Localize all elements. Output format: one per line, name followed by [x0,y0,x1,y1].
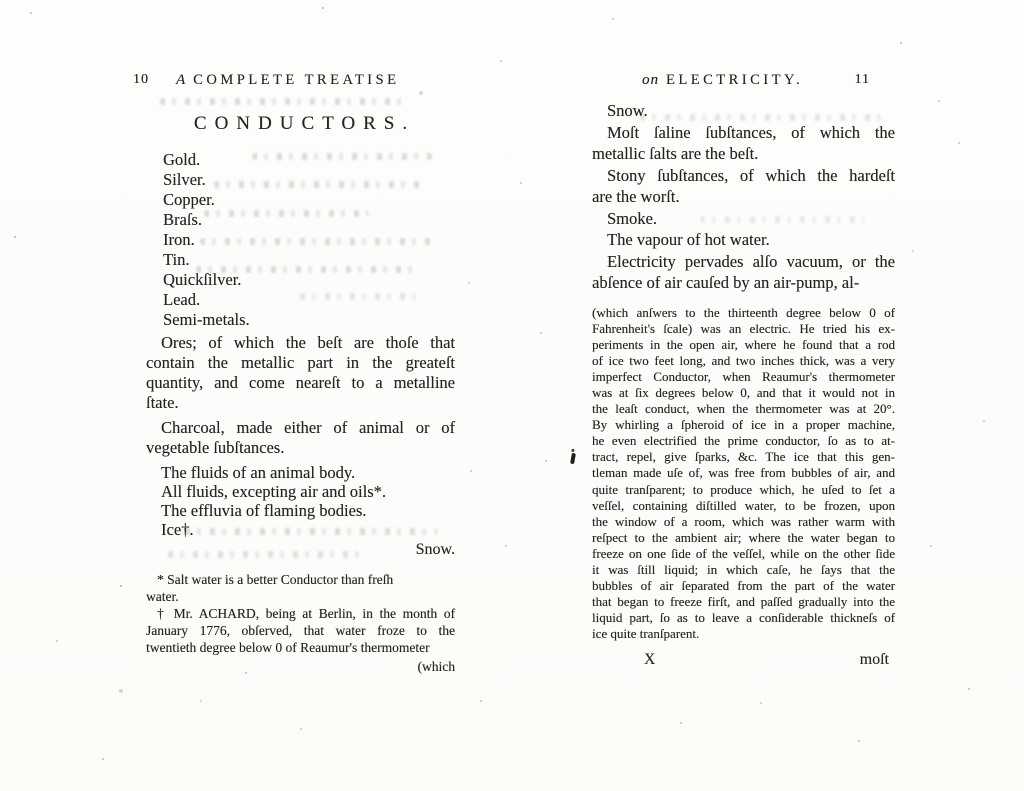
right-page-body: Snow. Moſt ſaline ſubſtances, of which t… [592,100,895,294]
text-line: Charcoal, made either of animal or of [146,418,455,438]
text-line: the window of a room, which was rather w… [592,514,895,530]
paragraph-ores: Ores; of which the beſt are thoſe thatco… [146,333,455,413]
text-line: periments in the open air, where he foun… [592,337,895,353]
text-line: All fluids, excepting air and oils*. [146,482,455,501]
text-line: quite tranſparent; to produce which, he … [592,482,895,498]
text-line: bubbles of air ſeparated from the part o… [592,578,895,594]
text-line: Smoke. [592,208,895,230]
text-line: he even electrified the prime conductor,… [592,433,895,449]
text-line: Quickſilver. [163,270,455,290]
book-scan: 10 ACOMPLETE TREATISE CONDUCTORS. Gold.S… [0,0,1024,791]
text-line: Snow. [592,100,895,122]
text-line: Ice†. [146,520,455,539]
text-line: water. [146,588,455,605]
text-line: ſtate. [146,393,455,413]
text-line: imperfect Conductor, when Reaumur's ther… [592,369,895,385]
text-line: Ores; of which the beſt are thoſe that [146,333,455,353]
text-line: that began to freeze firſt, and paſſed g… [592,594,895,610]
paragraph-fluids-list: The fluids of an animal body.All fluids,… [146,463,455,539]
conductors-list: Gold.Silver.Copper.Braſs.Iron.Tin.Quickſ… [146,150,455,330]
text-line: Lead. [163,290,455,310]
paragraph-saline: Moſt ſaline ſubſtances, of which themeta… [592,122,895,165]
section-heading: CONDUCTORS. [146,113,455,135]
text-line: (which anſwers to the thirteenth degree … [592,305,895,321]
running-title-prefix: A [176,72,186,88]
text-line: Copper. [163,190,455,210]
signature-mark: X [592,651,655,669]
right-page-number: 11 [855,70,870,90]
text-line: twentieth degree below 0 of Reaumur's th… [146,639,455,656]
right-running-title: onELECTRICITY. [642,70,803,90]
text-line: Electricity pervades alſo vacuum, or the [592,251,895,273]
text-line: Semi-metals. [163,310,455,330]
paragraph-snow: Snow. [592,100,895,122]
paragraph-vapour: The vapour of hot water. [592,229,895,251]
running-title-main: COMPLETE TREATISE [193,72,399,88]
text-line: ice quite tranſparent. [592,626,895,642]
text-line: By whirling a ſpheroid of ice in a prope… [592,417,895,433]
stray-ink-mark [570,453,576,465]
text-line: of ice two feet long, and two inches thi… [592,353,895,369]
paragraph-charcoal: Charcoal, made either of animal or ofveg… [146,418,455,458]
text-line: Braſs. [163,210,455,230]
left-running-title: ACOMPLETE TREATISE [176,70,399,90]
left-page-number: 10 [133,70,149,90]
right-running-head: onELECTRICITY. 11 [592,70,895,90]
text-line: Iron. [163,230,455,250]
text-line: metallic ſalts are the beſt. [592,143,895,165]
left-running-head: 10 ACOMPLETE TREATISE [146,70,455,90]
right-page: onELECTRICITY. 11 Snow. Moſt ſaline ſubſ… [592,70,895,669]
text-line: are the worſt. [592,186,895,208]
text-line: Moſt ſaline ſubſtances, of which the [592,122,895,144]
text-line: was at ſix degrees below 0, and that it … [592,385,895,401]
text-line: Stony ſubſtances, of which the hardeſt [592,165,895,187]
running-title-main: ELECTRICITY. [666,72,803,88]
text-line: reſpect to the ambient air; where the wa… [592,530,895,546]
footnote-salt-water: * Salt water is a better Conductor than … [146,571,455,605]
right-page-catchword: moſt [860,651,895,669]
left-footnote-catchword: (which [146,658,455,675]
running-title-prefix: on [642,72,659,88]
text-line: January 1776, obſerved, that water froze… [146,622,455,639]
text-line: The fluids of an animal body. [146,463,455,482]
paragraph-smoke: Smoke. [592,208,895,230]
paragraph-stony: Stony ſubſtances, of which the hardeſtar… [592,165,895,208]
text-line: the leaſt conduct, when the thermometer … [592,401,895,417]
paragraph-electricity: Electricity pervades alſo vacuum, or the… [592,251,895,294]
left-page-catchword: Snow. [146,541,455,558]
text-line: Tin. [163,250,455,270]
text-line: The vapour of hot water. [592,229,895,251]
footnote-continuation: (which anſwers to the thirteenth degree … [592,305,895,643]
text-line: † Mr. ACHARD, being at Berlin, in the mo… [146,605,455,622]
paper-dust-specks [0,0,2,2]
footnote-achard: † Mr. ACHARD, being at Berlin, in the mo… [146,605,455,656]
text-line: * Salt water is a better Conductor than … [146,571,455,588]
text-line: liquid part, ſo as to leave a conſiderab… [592,610,895,626]
text-line: The effluvia of flaming bodies. [146,501,455,520]
left-page: 10 ACOMPLETE TREATISE CONDUCTORS. Gold.S… [146,70,455,675]
text-line: Fahrenheit's ſcale) was an electric. He … [592,321,895,337]
text-line: quantity, and come neareſt to a metallin… [146,373,455,393]
text-line: abſence of air cauſed by an air-pump, al… [592,272,895,294]
text-line: Gold. [163,150,455,170]
text-line: freeze on one ſide of the veſſel, while … [592,546,895,562]
text-line: Silver. [163,170,455,190]
text-line: vegetable ſubſtances. [146,438,455,458]
text-line: veſſel, containing diſtilled water, to b… [592,498,895,514]
text-line: tract, repel, give ſparks, &c. The ice t… [592,449,895,465]
text-line: contain the metallic part in the greateſ… [146,353,455,373]
right-page-bottom-row: X moſt [592,651,895,669]
text-line: it was ſtill liquid; in which caſe, he ſ… [592,562,895,578]
text-line: tleman made uſe of, was free from bubble… [592,465,895,481]
